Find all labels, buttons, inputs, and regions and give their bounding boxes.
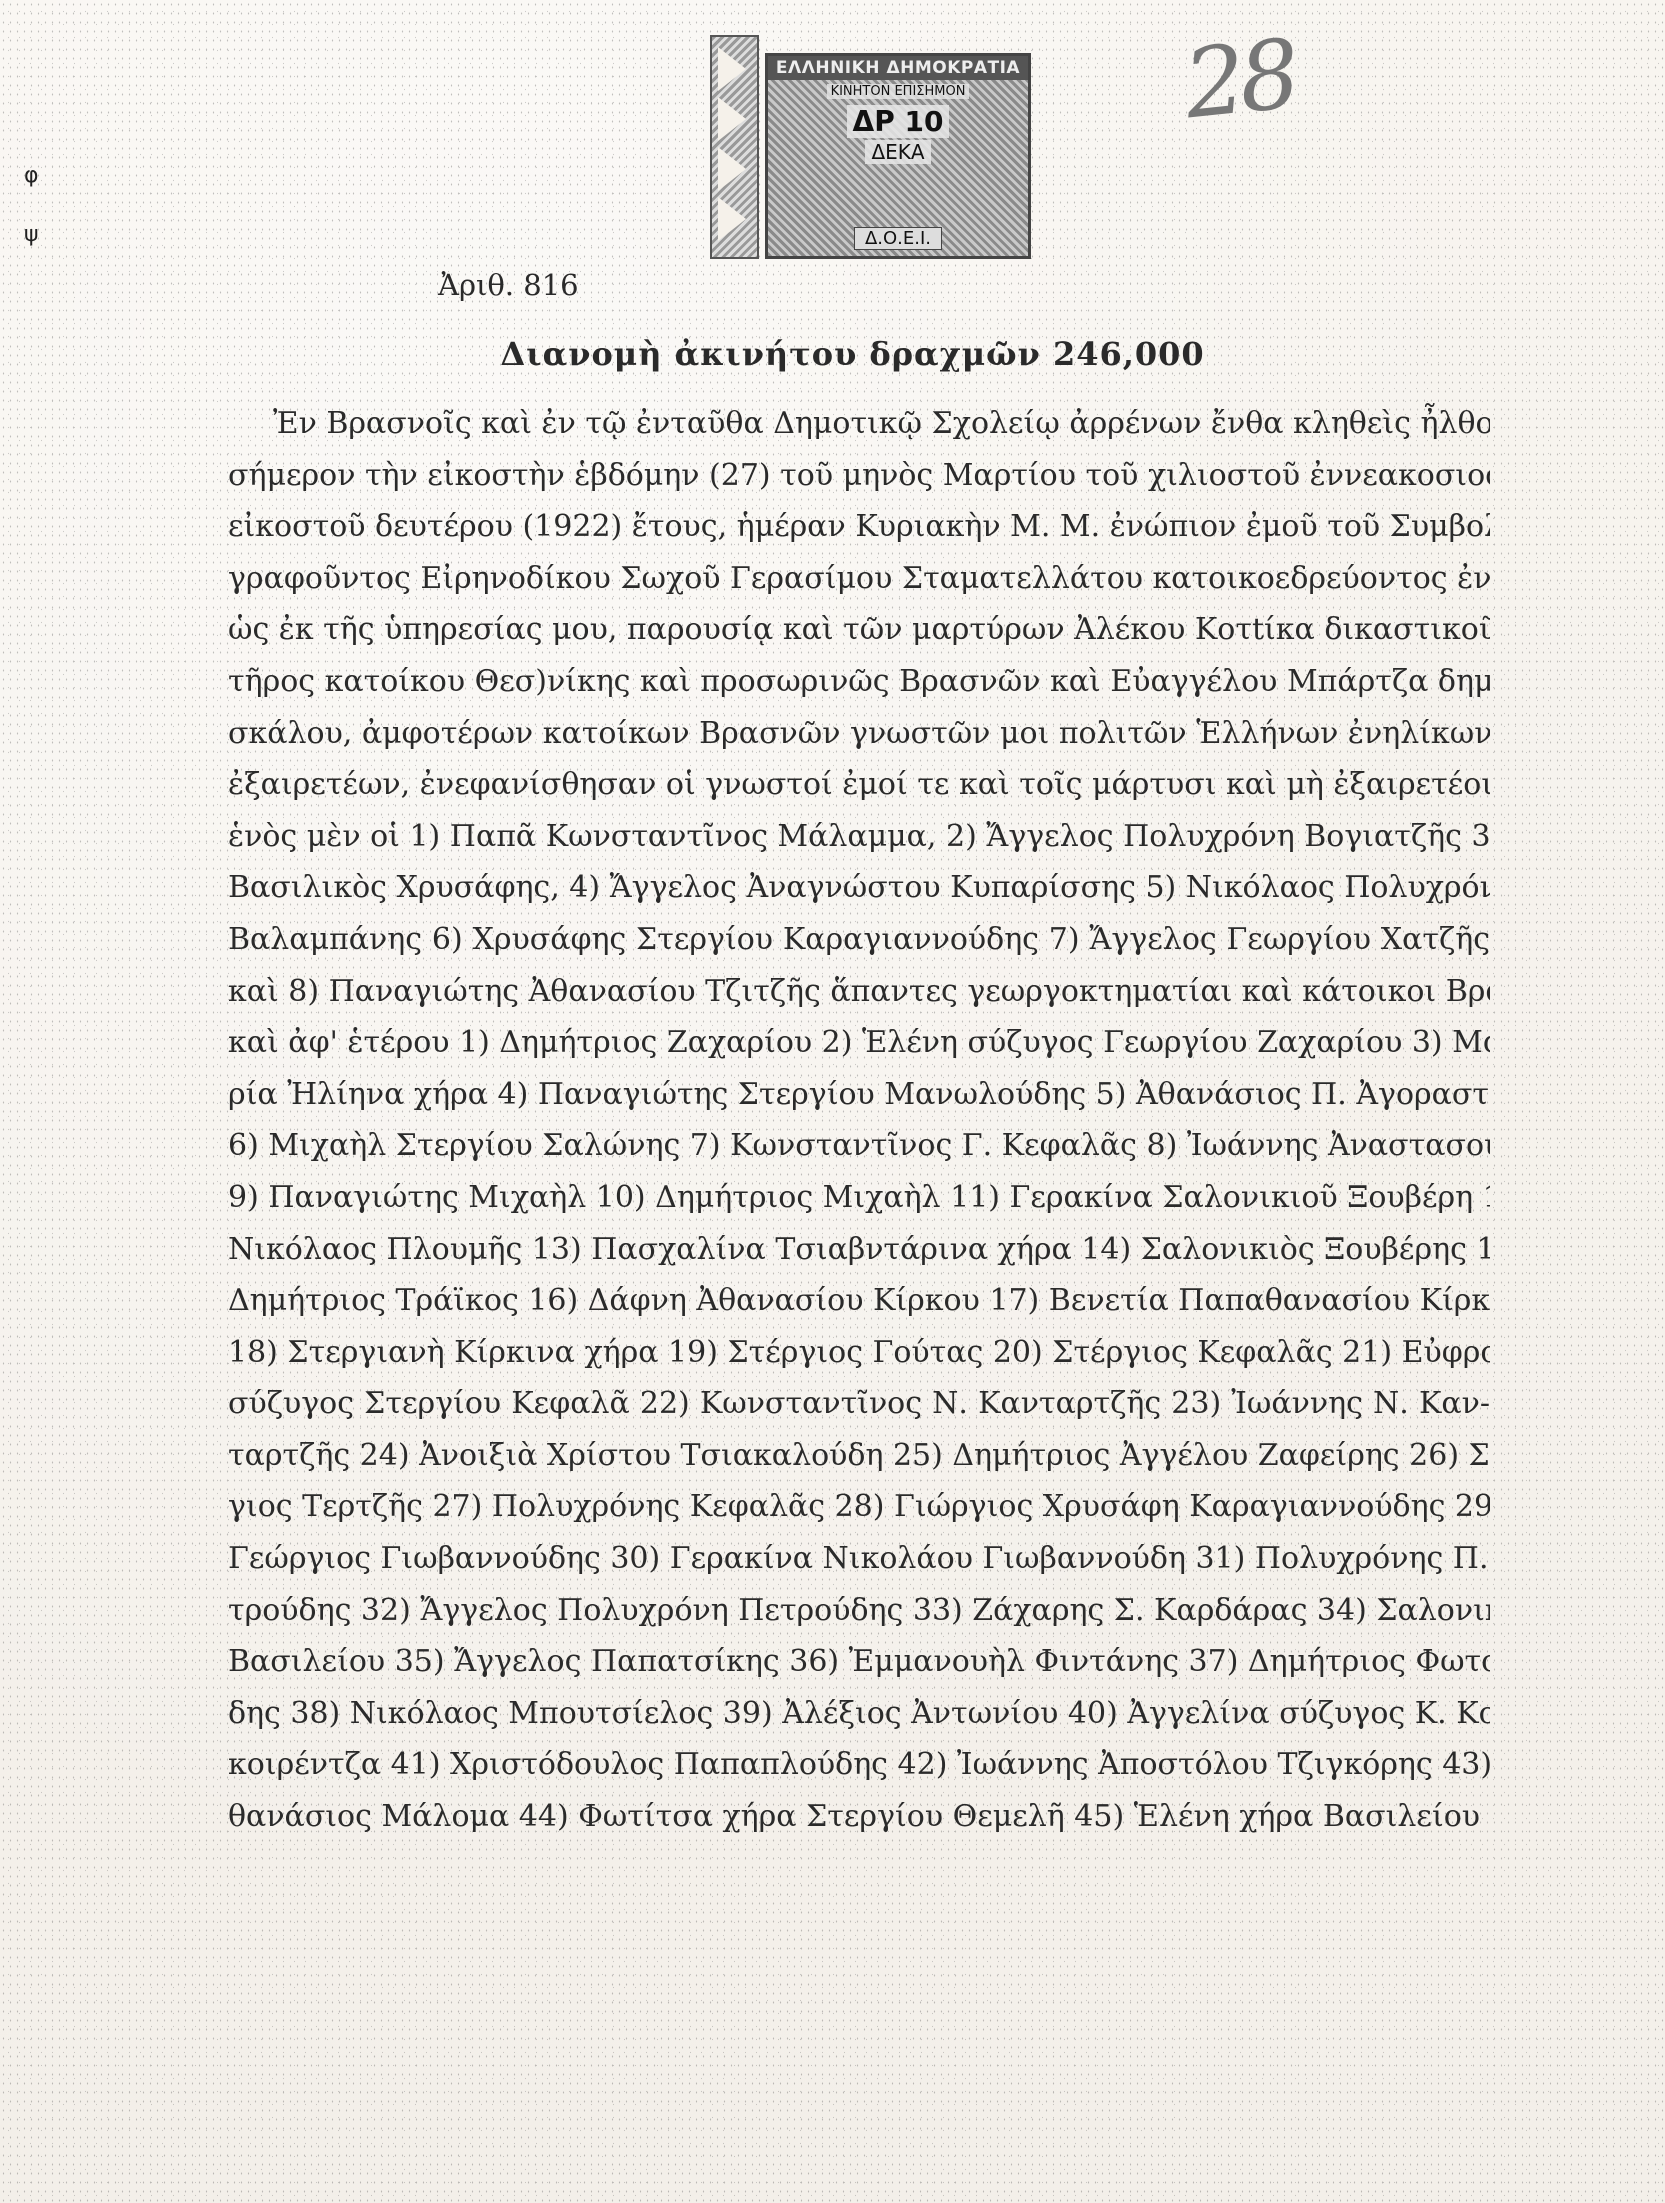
margin-mark: φ — [24, 163, 39, 188]
triangle-icon — [718, 47, 746, 91]
stamp-subheader: ΚΙΝΗΤΟΝ ΕΠΙΣΗΜΟΝ — [827, 84, 970, 99]
document-title: Διανομὴ ἀκινήτου δραχμῶν 246,000 — [0, 335, 1665, 373]
text-line: ἑνὸς μὲν οἱ 1) Παπᾶ Κωνσταντῖνος Μάλαμμα… — [228, 811, 1490, 863]
text-line: εἰκοστοῦ δευτέρου (1922) ἔτους, ἡμέραν Κ… — [228, 501, 1490, 553]
revenue-stamp: ΕΛΛΗΝΙΚΗ ΔΗΜΟΚΡΑΤΙΑ ΚΙΝΗΤΟΝ ΕΠΙΣΗΜΟΝ ΔΡ … — [710, 35, 1040, 265]
body-text: Ἐν Βρασνοῖς καὶ ἐν τῷ ἐνταῦθα Δημοτικῷ Σ… — [228, 398, 1490, 1843]
text-line: κοιρέντζα 41) Χριστόδουλος Παπαπλούδης 4… — [228, 1739, 1490, 1791]
text-line: καὶ 8) Παναγιώτης Ἀθανασίου Τζιτζῆς ἅπαν… — [228, 966, 1490, 1018]
stamp-tab — [710, 35, 759, 259]
text-line: 6) Μιχαὴλ Στεργίου Σαλώνης 7) Κωνσταντῖν… — [228, 1120, 1490, 1172]
text-line: ταρτζῆς 24) Ἀνοιξιὰ Χρίστου Τσιακαλούδη … — [228, 1430, 1490, 1482]
text-line: καὶ ἀφ' ἑτέρου 1) Δημήτριος Ζαχαρίου 2) … — [228, 1017, 1490, 1069]
text-line: τρούδης 32) Ἄγγελος Πολυχρόνη Πετρούδης … — [228, 1585, 1490, 1637]
stamp-header: ΕΛΛΗΝΙΚΗ ΔΗΜΟΚΡΑΤΙΑ — [768, 56, 1028, 80]
text-line: Νικόλαος Πλουμῆς 13) Πασχαλίνα Τσιαβντάρ… — [228, 1224, 1490, 1276]
text-line: ὡς ἐκ τῆς ὑπηρεσίας μου, παρουσίᾳ καὶ τῶ… — [228, 604, 1490, 656]
text-line: ρία Ἠλίηνα χήρα 4) Παναγιώτης Στεργίου Μ… — [228, 1069, 1490, 1121]
document-page: ΕΛΛΗΝΙΚΗ ΔΗΜΟΚΡΑΤΙΑ ΚΙΝΗΤΟΝ ΕΠΙΣΗΜΟΝ ΔΡ … — [0, 0, 1665, 2203]
text-line: σύζυγος Στεργίου Κεφαλᾶ 22) Κωνσταντῖνος… — [228, 1378, 1490, 1430]
text-line: Γεώργιος Γιωβαννούδης 30) Γερακίνα Νικολ… — [228, 1533, 1490, 1585]
triangle-icon — [718, 147, 746, 191]
stamp-value-word: ΔΕΚΑ — [865, 140, 930, 164]
triangle-icon — [718, 197, 746, 241]
triangle-icon — [718, 97, 746, 141]
text-line: θανάσιος Μάλομα 44) Φωτίτσα χήρα Στεργίο… — [228, 1791, 1490, 1843]
text-line: σήμερον τὴν εἰκοστὴν ἑβδόμην (27) τοῦ μη… — [228, 450, 1490, 502]
text-line: Βασιλείου 35) Ἄγγελος Παπατσίκης 36) Ἐμμ… — [228, 1636, 1490, 1688]
margin-mark: ψ — [24, 222, 39, 247]
reference-number: Ἀριθ. 816 — [438, 268, 579, 302]
text-line: Δημήτριος Τράϊκος 16) Δάφνη Ἀθανασίου Κί… — [228, 1275, 1490, 1327]
text-line: δης 38) Νικόλαος Μπουτσίελος 39) Ἀλέξιος… — [228, 1688, 1490, 1740]
text-line: σκάλου, ἀμφοτέρων κατοίκων Βρασνῶν γνωστ… — [228, 708, 1490, 760]
text-line: ἐξαιρετέων, ἐνεφανίσθησαν οἱ γνωστοί ἐμο… — [228, 759, 1490, 811]
stamp-body: ΕΛΛΗΝΙΚΗ ΔΗΜΟΚΡΑΤΙΑ ΚΙΝΗΤΟΝ ΕΠΙΣΗΜΟΝ ΔΡ … — [765, 53, 1031, 259]
text-line: Ἐν Βρασνοῖς καὶ ἐν τῷ ἐνταῦθα Δημοτικῷ Σ… — [228, 398, 1490, 450]
text-line: τῆρος κατοίκου Θεσ)νίκης καὶ προσωρινῶς … — [228, 656, 1490, 708]
handwritten-page-number: 28 — [1180, 20, 1300, 141]
stamp-value: ΔΡ 10 — [847, 105, 950, 138]
text-line: 18) Στεργιανὴ Κίρκινα χήρα 19) Στέργιος … — [228, 1327, 1490, 1379]
text-line: Βαλαμπάνης 6) Χρυσάφης Στεργίου Καραγιαν… — [228, 914, 1490, 966]
text-line: Βασιλικὸς Χρυσάφης, 4) Ἄγγελος Ἀναγνώστο… — [228, 862, 1490, 914]
text-line: 9) Παναγιώτης Μιχαὴλ 10) Δημήτριος Μιχαὴ… — [228, 1172, 1490, 1224]
text-line: γιος Τερτζῆς 27) Πολυχρόνης Κεφαλᾶς 28) … — [228, 1481, 1490, 1533]
text-line: γραφοῦντος Εἰρηνοδίκου Σωχοῦ Γερασίμου Σ… — [228, 553, 1490, 605]
stamp-issuer: Δ.Ο.Ε.Ι. — [854, 227, 942, 250]
